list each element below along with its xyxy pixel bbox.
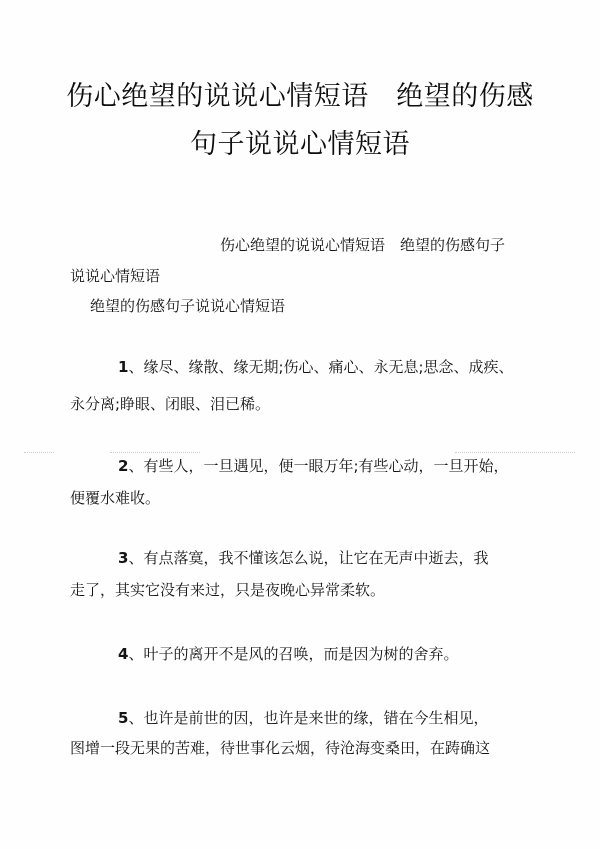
item-number: 2 [118, 457, 128, 475]
subtitle-line-2: 说说心情短语 [70, 266, 160, 286]
item-text: 、缘尽、缘散、缘无期;伤心、痛心、永无息;思念、成疾、 [128, 358, 513, 376]
subtitle-line-3: 绝望的伤感句子说说心情短语 [90, 296, 285, 316]
list-item-2-line-1: 2、有些人，一旦遇见，便一眼万年;有些心动，一旦开始， [118, 456, 509, 476]
document-page: 伤心绝望的说说心情短语 绝望的伤感 句子说说心情短语 伤心绝望的说说心情短语 绝… [0, 0, 600, 849]
list-item-5-line-1: 5、也许是前世的因，也许是来世的缘，错在今生相见， [118, 708, 488, 728]
list-item-3-line-2: 走了，其实它没有来过，只是夜晚心异常柔软。 [70, 580, 385, 600]
item-text: 、有点落寞，我不懂该怎么说，让它在无声中逝去，我 [128, 549, 488, 567]
list-item-1-line-2: 永分离;睁眼、闭眼、泪已稀。 [70, 394, 270, 414]
list-item-4-line-1: 4、叶子的离开不是风的召唤，而是因为树的舍弃。 [118, 644, 458, 664]
item-number: 3 [118, 549, 128, 567]
list-item-3-line-1: 3、有点落寞，我不懂该怎么说，让它在无声中逝去，我 [118, 548, 488, 568]
subtitle-line-1: 伤心绝望的说说心情短语 绝望的伤感句子 [220, 235, 505, 255]
list-item-1-line-1: 1、缘尽、缘散、缘无期;伤心、痛心、永无息;思念、成疾、 [118, 357, 514, 377]
item-number: 1 [118, 358, 128, 376]
document-title-line-2: 句子说说心情短语 [0, 128, 600, 162]
item-text: 、有些人，一旦遇见，便一眼万年;有些心动，一旦开始， [128, 457, 508, 475]
item-number: 4 [118, 645, 128, 663]
dotted-divider [455, 452, 575, 453]
dotted-divider [110, 452, 200, 453]
dotted-divider [24, 452, 54, 453]
document-title-line-1: 伤心绝望的说说心情短语 绝望的伤感 [0, 80, 600, 114]
list-item-2-line-2: 便覆水难收。 [70, 488, 160, 508]
item-number: 5 [118, 709, 128, 727]
item-text: 、也许是前世的因，也许是来世的缘，错在今生相见， [128, 709, 488, 727]
list-item-5-line-2: 图增一段无果的苦难，待世事化云烟，待沧海变桑田，在踌确这 [70, 738, 490, 758]
item-text: 、叶子的离开不是风的召唤，而是因为树的舍弃。 [128, 645, 458, 663]
